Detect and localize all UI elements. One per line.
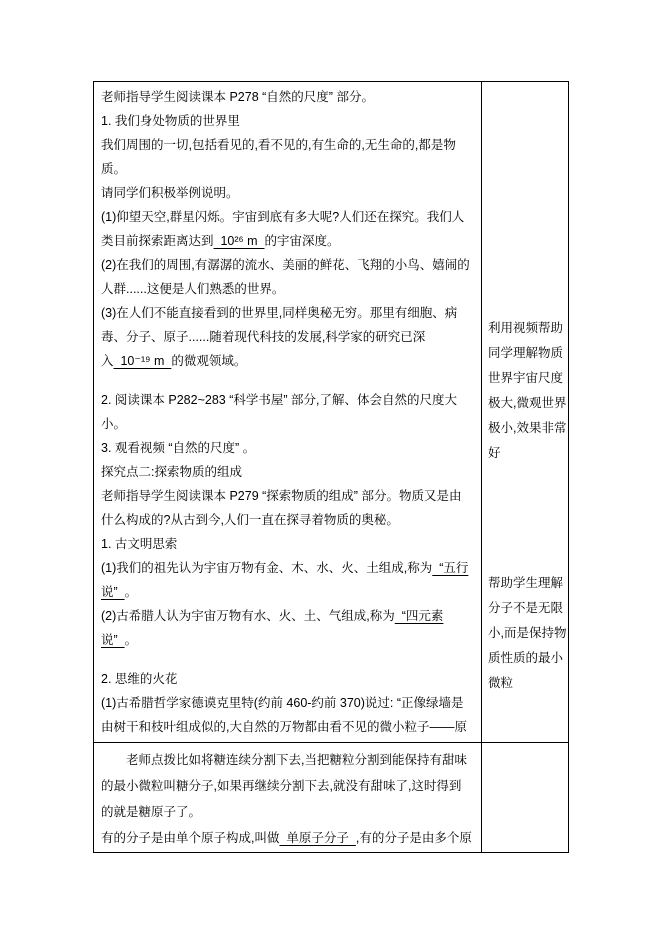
- remark-note-video-effect: 利用视频帮助同学理解物质世界宇宙尺度极大,微观世界极小,效果非常好: [488, 316, 568, 466]
- paragraph: (2)古希腊人认为宇宙万物有水、火、土、气组成,称为 “四元素说” 。: [101, 604, 472, 652]
- paragraph: 老师指导学生阅读课本 P279 “探索物质的组成” 部分。物质又是由什么构成的?…: [101, 484, 472, 532]
- text-run: 有的分子是由单个原子构成,叫做: [101, 831, 279, 845]
- document-page: { "colors": { "page_background": "#fffff…: [0, 0, 661, 935]
- paragraph: 老师点拨比如将糖连续分割下去,当把糖粒分割到能保持有甜味的最小微粒叫糖分子,如果…: [101, 747, 472, 825]
- text-run: 的宇宙深度。: [265, 234, 340, 248]
- paragraph: 2. 阅读课本 P282~283 “科学书屋” 部分,了解、体会自然的尺度大小。: [101, 388, 472, 436]
- text-run: 请同学们积极举例说明。: [101, 186, 239, 200]
- remark-note-molecule-size: 帮助学生理解分子不是无限小,而是保持物质性质的最小微粒: [488, 571, 568, 696]
- text-run: (1)古希腊哲学家德谟克里特(约前 460-约前 370)说过: “正像绿墙是由…: [101, 696, 467, 742]
- paragraph: 3. 观看视频 “自然的尺度” 。: [101, 436, 472, 460]
- answer-blank: 单原子分子: [279, 831, 355, 845]
- paragraph: 探究点二:探索物质的组成: [101, 460, 472, 484]
- paragraph: 1. 我们身处物质的世界里: [101, 109, 472, 133]
- teaching-process-cell: 老师指导学生阅读课本 P278 “自然的尺度” 部分。1. 我们身处物质的世界里…: [94, 82, 482, 742]
- text-run: 老师指导学生阅读课本 P279 “探索物质的组成” 部分。物质又是由什么构成的?…: [101, 489, 461, 527]
- remarks-cell: 利用视频帮助同学理解物质世界宇宙尺度极大,微观世界极小,效果非常好 帮助学生理解…: [482, 82, 568, 742]
- lesson-plan-table: 老师指导学生阅读课本 P278 “自然的尺度” 部分。1. 我们身处物质的世界里…: [93, 81, 569, 853]
- answer-blank: 10⁻¹⁹ m: [114, 354, 172, 368]
- paragraph: 请同学们积极举例说明。: [101, 181, 472, 205]
- paragraph: (2)在我们的周围,有潺潺的流水、美丽的鲜花、飞翔的小鸟、嬉闹的人群......…: [101, 253, 472, 301]
- paragraph: 我们周围的一切,包括看见的,看不见的,有生命的,无生命的,都是物质。: [101, 133, 472, 181]
- text-run: 。: [125, 585, 138, 599]
- paragraph: (1)古希腊哲学家德谟克里特(约前 460-约前 370)说过: “正像绿墙是由…: [101, 691, 472, 742]
- text-run: (1)我们的祖先认为宇宙万物有金、木、水、火、土组成,称为: [101, 561, 432, 575]
- text-run: 老师指导学生阅读课本 P278 “自然的尺度” 部分。: [101, 90, 374, 104]
- remarks-cell-empty: [482, 743, 568, 852]
- text-run: 2. 阅读课本 P282~283 “科学书屋” 部分,了解、体会自然的尺度大小。: [101, 393, 457, 431]
- paragraph: (1)我们的祖先认为宇宙万物有金、木、水、火、土组成,称为 “五行说” 。: [101, 556, 472, 604]
- paragraph: 2. 思维的火花: [101, 667, 472, 691]
- text-run: (2)在我们的周围,有潺潺的流水、美丽的鲜花、飞翔的小鸟、嬉闹的人群......…: [101, 258, 470, 296]
- text-run: 1. 古文明思索: [101, 537, 177, 551]
- table-row: 老师点拨比如将糖连续分割下去,当把糖粒分割到能保持有甜味的最小微粒叫糖分子,如果…: [94, 742, 568, 852]
- paragraph: (3)在人们不能直接看到的世界里,同样奥秘无穷。那里有细胞、病毒、分子、原子..…: [101, 301, 472, 373]
- table-row: 老师指导学生阅读课本 P278 “自然的尺度” 部分。1. 我们身处物质的世界里…: [94, 82, 568, 742]
- text-run: 。: [125, 633, 138, 647]
- paragraph: 有的分子是由单个原子构成,叫做 单原子分子 ,有的分子是由多个原子: [101, 825, 472, 852]
- paragraph: (1)仰望天空,群星闪烁。宇宙到底有多大呢?人们还在探究。我们人类目前探索距离达…: [101, 205, 472, 253]
- teacher-tips-cell: 老师点拨比如将糖连续分割下去,当把糖粒分割到能保持有甜味的最小微粒叫糖分子,如果…: [94, 743, 482, 852]
- text-run: (2)古希腊人认为宇宙万物有水、火、土、气组成,称为: [101, 609, 395, 623]
- text-run: 3. 观看视频 “自然的尺度” 。: [101, 441, 255, 455]
- paragraph: 老师指导学生阅读课本 P278 “自然的尺度” 部分。: [101, 85, 472, 109]
- text-run: 探究点二:探索物质的组成: [101, 465, 242, 479]
- text-run: 2. 思维的火花: [101, 672, 177, 686]
- text-run: 我们周围的一切,包括看见的,看不见的,有生命的,无生命的,都是物质。: [101, 138, 456, 176]
- text-run: 老师点拨比如将糖连续分割下去,当把糖粒分割到能保持有甜味的最小微粒叫糖分子,如果…: [101, 753, 467, 819]
- answer-blank: 10²⁶ m: [214, 234, 265, 248]
- text-run: 的微观领域。: [171, 354, 246, 368]
- paragraph: 1. 古文明思索: [101, 532, 472, 556]
- text-run: 1. 我们身处物质的世界里: [101, 114, 240, 128]
